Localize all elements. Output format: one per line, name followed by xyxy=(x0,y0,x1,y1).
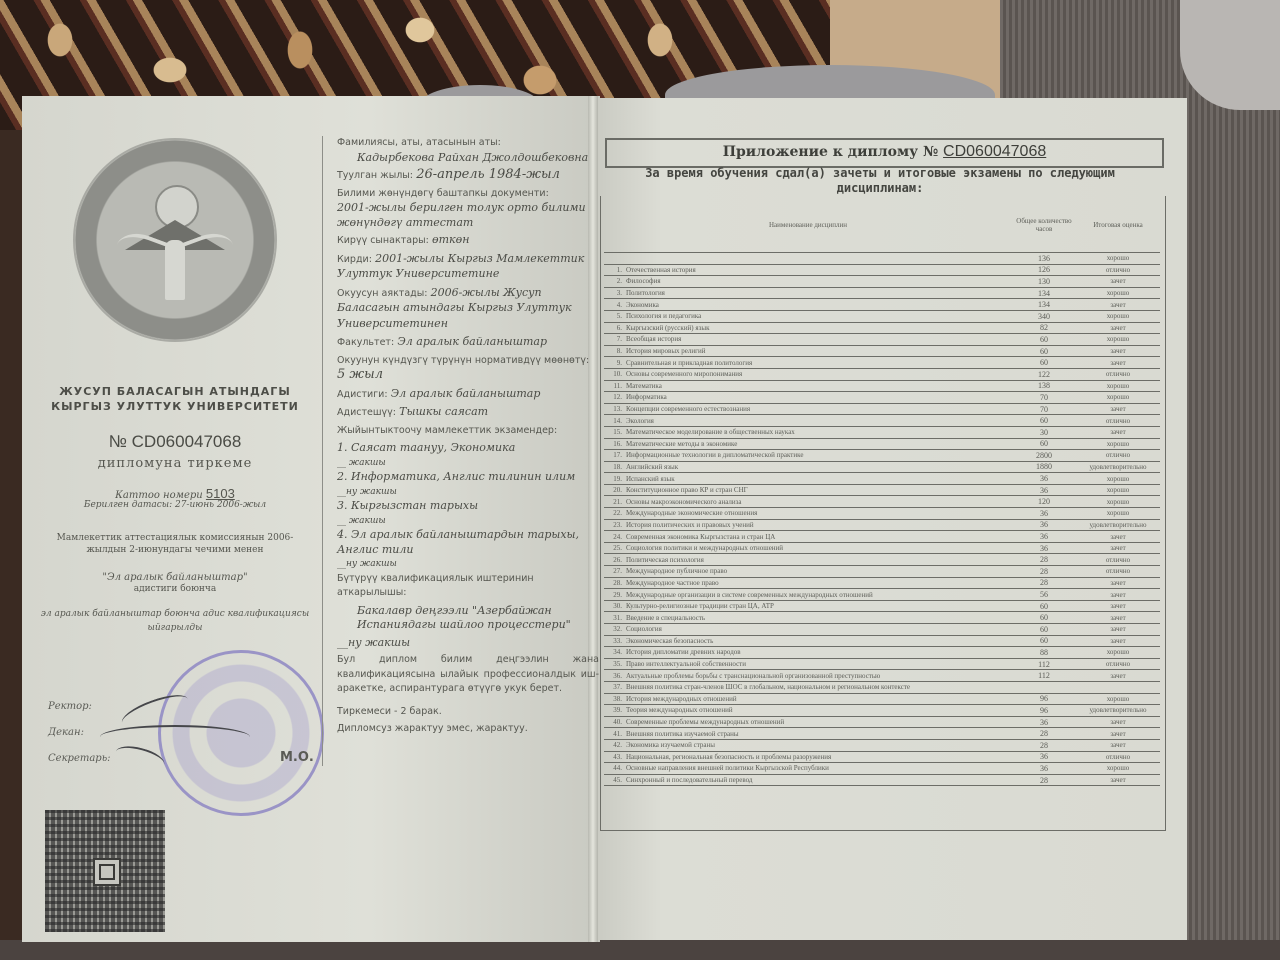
cell-hours: 134 xyxy=(1012,299,1076,311)
appendix-title: Приложение к диплому № CD060047068 xyxy=(605,138,1164,168)
cell-name: Синхронный и последовательный перевод xyxy=(624,774,1012,786)
cell-hours: 60 xyxy=(1012,345,1076,357)
cell-grade: хорошо xyxy=(1076,508,1160,520)
cell-name: История дипломатии древних народов xyxy=(624,647,1012,659)
cell-name: Современные проблемы международных отнош… xyxy=(624,716,1012,728)
lap-background xyxy=(0,940,1280,960)
cell-grade: отлично xyxy=(1076,751,1160,763)
cell-hours: 28 xyxy=(1012,774,1076,786)
cell-hours: 340 xyxy=(1012,310,1076,322)
cell-n: 44. xyxy=(604,763,624,775)
state-exam-grade: __ну жакшы xyxy=(337,557,599,572)
cell-grade: зачет xyxy=(1076,774,1160,786)
cell-grade: хорошо xyxy=(1076,380,1160,392)
table-row: 10.Основы современного миропонимания122о… xyxy=(604,368,1160,380)
cell-grade: зачет xyxy=(1076,577,1160,589)
cell-name: Английский язык xyxy=(624,461,1012,473)
cell-name: Информационные технологии в дипломатичес… xyxy=(624,450,1012,462)
table-row: 9.Сравнительная и прикладная политология… xyxy=(604,357,1160,369)
cell-hours: 96 xyxy=(1012,693,1076,705)
cell-hours: 1880 xyxy=(1012,461,1076,473)
cell-grade: удовлетворительно xyxy=(1076,705,1160,717)
seal-place-label: М.О. xyxy=(280,750,314,765)
university-name: ЖУСУП БАЛАСАГЫН АТЫНДАГЫ КЫРГЫЗ УЛУТТУК … xyxy=(40,384,310,414)
cell-grade xyxy=(1076,681,1160,693)
appendix-subtitle: За время обучения сдал(а) зачеты и итого… xyxy=(610,166,1150,196)
cell-grade: хорошо xyxy=(1076,647,1160,659)
cell-hours: 28 xyxy=(1012,566,1076,578)
cell-n: 40. xyxy=(604,716,624,728)
cell-hours: 130 xyxy=(1012,276,1076,288)
cell-grade: зачет xyxy=(1076,276,1160,288)
table-row: 23.История политических и правовых учени… xyxy=(604,519,1160,531)
cell-n: 15. xyxy=(604,426,624,438)
cell-n: 39. xyxy=(604,705,624,717)
cell-n: 45. xyxy=(604,774,624,786)
table-row: 30.Культурно-религиозные традиции стран … xyxy=(604,600,1160,612)
cell-hours: 122 xyxy=(1012,368,1076,380)
field-graduated: Окуусун аяктады: 2006-жылы Жусуп Баласаг… xyxy=(337,286,599,333)
cell-name: Математические методы в экономике xyxy=(624,438,1012,450)
cell-hours: 82 xyxy=(1012,322,1076,334)
cell-name: Испанский язык xyxy=(624,473,1012,485)
cell-n: 20. xyxy=(604,484,624,496)
registration-number: 5103 xyxy=(206,486,235,501)
cell-grade: хорошо xyxy=(1076,287,1160,299)
cell-grade: зачет xyxy=(1076,403,1160,415)
cell-name: Внешняя политика стран-членов ШОС в глоб… xyxy=(624,681,1012,693)
cell-hours: 60 xyxy=(1012,438,1076,450)
cell-name xyxy=(624,253,1012,265)
table-row: 14.Экология60отлично xyxy=(604,415,1160,427)
table-row: 20.Конституционное право КР и стран СНГ3… xyxy=(604,484,1160,496)
table-row: 43.Национальная, региональная безопаснос… xyxy=(604,751,1160,763)
kyrgyz-emblem-icon xyxy=(75,140,275,340)
table-row: 19.Испанский язык36хорошо xyxy=(604,473,1160,485)
cell-n: 42. xyxy=(604,739,624,751)
cell-hours: 28 xyxy=(1012,554,1076,566)
cell-name: История политических и правовых учений xyxy=(624,519,1012,531)
cell-grade: хорошо xyxy=(1076,496,1160,508)
cell-n: 17. xyxy=(604,450,624,462)
cell-name: Экономика xyxy=(624,299,1012,311)
cell-name: Международное публичное право xyxy=(624,566,1012,578)
cell-grade: удовлетворительно xyxy=(1076,461,1160,473)
cell-hours: 70 xyxy=(1012,392,1076,404)
cell-name: Национальная, региональная безопасность … xyxy=(624,751,1012,763)
thesis-title: Бакалавр деңгээли "Азербайжан Испаниядаг… xyxy=(337,604,599,633)
field-specialization: Адистешүү: Тышкы саясат xyxy=(337,405,599,421)
cell-name: Математика xyxy=(624,380,1012,392)
table-row: 42.Экономика изучаемой страны28зачет xyxy=(604,739,1160,751)
table-row: 16.Математические методы в экономике60хо… xyxy=(604,438,1160,450)
field-prior-education: Билими жөнүндөгү баштапкы документи: 200… xyxy=(337,187,599,231)
table-row: 33.Экономическая безопасность60зачет xyxy=(604,635,1160,647)
cell-grade: отлично xyxy=(1076,450,1160,462)
thesis-label: Бүтүрүү квалификациялык иштеринин аткары… xyxy=(337,572,599,601)
cell-grade: хорошо xyxy=(1076,334,1160,346)
cell-grade: отлично xyxy=(1076,658,1160,670)
cell-hours: 2800 xyxy=(1012,450,1076,462)
cell-name: Политическая психология xyxy=(624,554,1012,566)
field-faculty: Факультет: Эл аралык байланыштар xyxy=(337,335,599,351)
col-hours: Общее количество часов xyxy=(1012,198,1076,253)
student-details: Фамилиясы, аты, атасынын аты: Кадырбеков… xyxy=(322,136,599,766)
field-specialty: Адистиги: Эл аралык байланыштар xyxy=(337,387,599,403)
cell-hours: 138 xyxy=(1012,380,1076,392)
cell-grade: отлично xyxy=(1076,415,1160,427)
cell-hours: 28 xyxy=(1012,577,1076,589)
table-row: 27.Международное публичное право28отличн… xyxy=(604,566,1160,578)
cell-grade: зачет xyxy=(1076,322,1160,334)
field-full-name: Фамилиясы, аты, атасынын аты: Кадырбеков… xyxy=(337,136,599,165)
cell-grade: зачет xyxy=(1076,542,1160,554)
state-exam-name: 1. Саясат таануу, Экономика xyxy=(337,441,599,456)
cell-name: Концепции современного естествознания xyxy=(624,403,1012,415)
cell-name: Экономическая безопасность xyxy=(624,635,1012,647)
cell-grade: зачет xyxy=(1076,728,1160,740)
cell-n: 12. xyxy=(604,392,624,404)
cell-grade: зачет xyxy=(1076,739,1160,751)
cell-grade: зачет xyxy=(1076,635,1160,647)
commission-text: Мамлекеттик аттестациялык комиссиянын 20… xyxy=(40,532,310,556)
table-row: 5.Психология и педагогика340хорошо xyxy=(604,310,1160,322)
cell-n: 35. xyxy=(604,658,624,670)
cell-n: 29. xyxy=(604,589,624,601)
state-exams-label: Жыйынтыктоочу мамлекеттик экзамендер: xyxy=(337,424,599,439)
cell-hours: 112 xyxy=(1012,670,1076,682)
table-row: 3.Политология134хорошо xyxy=(604,287,1160,299)
table-row: 32.Социология60зачет xyxy=(604,624,1160,636)
cell-n: 32. xyxy=(604,624,624,636)
cell-hours: 36 xyxy=(1012,508,1076,520)
cell-n: 19. xyxy=(604,473,624,485)
col-grade: Итоговая оценка xyxy=(1076,198,1160,253)
cell-hours: 30 xyxy=(1012,426,1076,438)
cell-n: 22. xyxy=(604,508,624,520)
field-birth-year: Туулган жылы: 26-апрель 1984-жыл xyxy=(337,168,599,184)
cell-grade: зачет xyxy=(1076,716,1160,728)
cell-hours: 36 xyxy=(1012,763,1076,775)
cell-name: Всеобщая история xyxy=(624,334,1012,346)
validity-text: Дипломсуз жарактуу эмес, жарактуу. xyxy=(337,722,599,737)
cell-n: 31. xyxy=(604,612,624,624)
cell-name: Основы макроэкономического анализа xyxy=(624,496,1012,508)
table-row: 31.Введение в специальность60зачет xyxy=(604,612,1160,624)
table-row: 13.Концепции современного естествознания… xyxy=(604,403,1160,415)
cell-n: 27. xyxy=(604,566,624,578)
cell-hours: 36 xyxy=(1012,531,1076,543)
cell-name: Сравнительная и прикладная политология xyxy=(624,357,1012,369)
specialty-quote: "Эл аралык байланыштар" xyxy=(40,572,310,583)
table-row: 11.Математика138хорошо xyxy=(604,380,1160,392)
cell-hours: 36 xyxy=(1012,542,1076,554)
cell-grade: зачет xyxy=(1076,589,1160,601)
table-row: 17.Информационные технологии в дипломати… xyxy=(604,450,1160,462)
cell-n: 43. xyxy=(604,751,624,763)
cell-n: 21. xyxy=(604,496,624,508)
cell-grade: хорошо xyxy=(1076,438,1160,450)
cell-name: Отечественная история xyxy=(624,264,1012,276)
appendix-diploma-number: CD060047068 xyxy=(943,143,1046,160)
table-row: 26.Политическая психология28отлично xyxy=(604,554,1160,566)
cell-name: Современная экономика Кыргызстана и стра… xyxy=(624,531,1012,543)
cell-hours: 36 xyxy=(1012,484,1076,496)
table-row: 21.Основы макроэкономического анализа120… xyxy=(604,496,1160,508)
state-exam-name: 2. Информатика, Англис тилинин илим xyxy=(337,470,599,485)
cell-n: 23. xyxy=(604,519,624,531)
cell-n: 16. xyxy=(604,438,624,450)
cell-name: Социология политики и международных отно… xyxy=(624,542,1012,554)
diploma-label: дипломуна тиркеме xyxy=(40,456,310,471)
state-exam-name: 4. Эл аралык байланыштардын тарыхы, Англ… xyxy=(337,528,599,557)
table-row: 6.Кыргызский (русский) язык82зачет xyxy=(604,322,1160,334)
field-study-duration: Окуунун күндүзгү түрүнүн нормативдүү мөө… xyxy=(337,354,599,384)
cell-grade: зачет xyxy=(1076,531,1160,543)
qualification-text: эл аралык байланыштар боюнча адис квалиф… xyxy=(40,607,310,635)
cell-grade: хорошо xyxy=(1076,253,1160,265)
cell-n: 2. xyxy=(604,276,624,288)
cell-hours: 28 xyxy=(1012,728,1076,740)
cell-n: 10. xyxy=(604,368,624,380)
cell-name: Международные экономические отношения xyxy=(624,508,1012,520)
cell-name: Международное частное право xyxy=(624,577,1012,589)
cell-n: 26. xyxy=(604,554,624,566)
table-row: 1.Отечественная история126отлично xyxy=(604,264,1160,276)
cell-name: Математическое моделирование в обществен… xyxy=(624,426,1012,438)
cell-name: Экономика изучаемой страны xyxy=(624,739,1012,751)
cell-n: 30. xyxy=(604,600,624,612)
cell-hours: 126 xyxy=(1012,264,1076,276)
table-row: 7.Всеобщая история60хорошо xyxy=(604,334,1160,346)
cell-n: 13. xyxy=(604,403,624,415)
secretary-label: Секретарь: xyxy=(48,753,111,764)
table-row: 38.История международных отношений96хоро… xyxy=(604,693,1160,705)
cell-n: 8. xyxy=(604,345,624,357)
state-exam-name: 3. Кыргызстан тарыхы xyxy=(337,499,599,514)
specialty-label: адистиги боюнча xyxy=(40,584,310,594)
cell-grade: зачет xyxy=(1076,670,1160,682)
cell-n: 4. xyxy=(604,299,624,311)
cell-grade: зачет xyxy=(1076,600,1160,612)
cell-n: 5. xyxy=(604,310,624,322)
cell-grade: отлично xyxy=(1076,554,1160,566)
cell-n: 38. xyxy=(604,693,624,705)
rights-text: Бул диплом билим деңгээлин жана квалифик… xyxy=(337,653,599,697)
cell-name: Психология и педагогика xyxy=(624,310,1012,322)
table-row: 39.Теория международных отношений96удовл… xyxy=(604,705,1160,717)
cell-name: Информатика xyxy=(624,392,1012,404)
cell-hours: 60 xyxy=(1012,612,1076,624)
cell-grade: отлично xyxy=(1076,264,1160,276)
cell-grade: хорошо xyxy=(1076,763,1160,775)
cell-hours: 70 xyxy=(1012,403,1076,415)
cell-hours: 60 xyxy=(1012,334,1076,346)
table-row: 8.История мировых религий60зачет xyxy=(604,345,1160,357)
table-row: 22.Международные экономические отношения… xyxy=(604,508,1160,520)
cell-name: Основные направления внешней политики Кы… xyxy=(624,763,1012,775)
cell-grade: зачет xyxy=(1076,624,1160,636)
table-row: 18.Английский язык1880удовлетворительно xyxy=(604,461,1160,473)
state-exams-list: 1. Саясат таануу, Экономика__ жакшы2. Ин… xyxy=(337,441,599,572)
cell-hours: 56 xyxy=(1012,589,1076,601)
cell-name: Международные организации в системе совр… xyxy=(624,589,1012,601)
cell-hours: 96 xyxy=(1012,705,1076,717)
cell-n: 7. xyxy=(604,334,624,346)
cell-hours: 136 xyxy=(1012,253,1076,265)
table-row: 37.Внешняя политика стран-членов ШОС в г… xyxy=(604,681,1160,693)
cell-grade: хорошо xyxy=(1076,484,1160,496)
state-exam-grade: __ну жакшы xyxy=(337,485,599,500)
cell-n: 1. xyxy=(604,264,624,276)
field-enrolled: Кирди: 2001-жылы Кыргыз Мамлекеттик Улут… xyxy=(337,252,599,283)
cell-hours: 28 xyxy=(1012,739,1076,751)
cell-hours: 60 xyxy=(1012,415,1076,427)
cell-hours: 88 xyxy=(1012,647,1076,659)
registration-line: Каттоо номери 5103 xyxy=(40,486,310,501)
cell-name: Кыргызский (русский) язык xyxy=(624,322,1012,334)
table-row: 34.История дипломатии древних народов88х… xyxy=(604,647,1160,659)
cell-hours: 134 xyxy=(1012,287,1076,299)
cell-n: 9. xyxy=(604,357,624,369)
table-row: 15.Математическое моделирование в общест… xyxy=(604,426,1160,438)
table-row: 40.Современные проблемы международных от… xyxy=(604,716,1160,728)
pages-text: Тиркемеси - 2 барак. xyxy=(337,705,599,720)
cell-n: 41. xyxy=(604,728,624,740)
cell-grade: отлично xyxy=(1076,368,1160,380)
cell-name: Актуальные проблемы борьбы с транснацион… xyxy=(624,670,1012,682)
cell-hours: 60 xyxy=(1012,357,1076,369)
cell-n: 25. xyxy=(604,542,624,554)
state-exam-grade: __ жакшы xyxy=(337,456,599,471)
cell-name: Экология xyxy=(624,415,1012,427)
table-row: 2.Философия130зачет xyxy=(604,276,1160,288)
cell-hours: 60 xyxy=(1012,600,1076,612)
col-discipline-name: Наименование дисциплин xyxy=(604,198,1012,253)
cell-name: Философия xyxy=(624,276,1012,288)
state-exam-grade: __ жакшы xyxy=(337,514,599,529)
cell-grade: зачет xyxy=(1076,357,1160,369)
cell-grade: зачет xyxy=(1076,299,1160,311)
cell-hours: 36 xyxy=(1012,473,1076,485)
cell-n: 18. xyxy=(604,461,624,473)
cell-name: Культурно-религиозные традиции стран ЦА,… xyxy=(624,600,1012,612)
thesis-grade: __ну жакшы xyxy=(337,636,599,651)
cell-hours: 36 xyxy=(1012,751,1076,763)
table-row: 4.Экономика134зачет xyxy=(604,299,1160,311)
table-row: 29.Международные организации в системе с… xyxy=(604,589,1160,601)
table-row: 45.Синхронный и последовательный перевод… xyxy=(604,774,1160,786)
table-row: 24.Современная экономика Кыргызстана и с… xyxy=(604,531,1160,543)
cell-grade: зачет xyxy=(1076,426,1160,438)
cell-grade: хорошо xyxy=(1076,693,1160,705)
cell-grade: хорошо xyxy=(1076,473,1160,485)
cell-name: Политология xyxy=(624,287,1012,299)
cell-name: Право интеллектуальной собственности xyxy=(624,658,1012,670)
qr-code-icon xyxy=(45,810,165,932)
cell-n: 3. xyxy=(604,287,624,299)
cell-hours: 60 xyxy=(1012,635,1076,647)
rector-label: Ректор: xyxy=(48,701,92,712)
cell-grade: хорошо xyxy=(1076,392,1160,404)
cell-n: 14. xyxy=(604,415,624,427)
cell-name: История международных отношений xyxy=(624,693,1012,705)
cell-name: Введение в специальность xyxy=(624,612,1012,624)
cell-grade: зачет xyxy=(1076,345,1160,357)
dean-label: Декан: xyxy=(48,727,84,738)
table-row: 35.Право интеллектуальной собственности1… xyxy=(604,658,1160,670)
cell-name: Социология xyxy=(624,624,1012,636)
cell-name: История мировых религий xyxy=(624,345,1012,357)
cell-n: 24. xyxy=(604,531,624,543)
cell-name: Внешняя политика изучаемой страны xyxy=(624,728,1012,740)
table-row: 12.Информатика70хорошо xyxy=(604,392,1160,404)
cell-grade: удовлетворительно xyxy=(1076,519,1160,531)
cell-n: 6. xyxy=(604,322,624,334)
table-row: 25.Социология политики и международных о… xyxy=(604,542,1160,554)
cell-name: Теория международных отношений xyxy=(624,705,1012,717)
cell-grade: отлично xyxy=(1076,566,1160,578)
cell-hours xyxy=(1012,681,1076,693)
diploma-number: № CD060047068 xyxy=(40,432,310,452)
table-header: Наименование дисциплин Общее количество … xyxy=(604,198,1160,253)
cell-n: 37. xyxy=(604,681,624,693)
table-row: 36.Актуальные проблемы борьбы с транснац… xyxy=(604,670,1160,682)
cell-n: 34. xyxy=(604,647,624,659)
table-row: 44.Основные направления внешней политики… xyxy=(604,763,1160,775)
cell-name: Основы современного миропонимания xyxy=(624,368,1012,380)
cell-n: 33. xyxy=(604,635,624,647)
table-row: 136хорошо xyxy=(604,253,1160,265)
field-entrance-exams: Кирүү сынактары: өткөн xyxy=(337,233,599,249)
cell-n: 36. xyxy=(604,670,624,682)
issue-date: Берилген датасы: 27-июнь 2006-жыл xyxy=(40,500,310,510)
cell-hours: 36 xyxy=(1012,716,1076,728)
disciplines-table: Наименование дисциплин Общее количество … xyxy=(604,198,1160,786)
cell-hours: 112 xyxy=(1012,658,1076,670)
dean-signature xyxy=(100,725,250,749)
cell-n xyxy=(604,253,624,265)
cell-n: 11. xyxy=(604,380,624,392)
table-row: 41.Внешняя политика изучаемой страны28за… xyxy=(604,728,1160,740)
cell-grade: зачет xyxy=(1076,612,1160,624)
cell-hours: 120 xyxy=(1012,496,1076,508)
cell-n: 28. xyxy=(604,577,624,589)
cell-grade: хорошо xyxy=(1076,310,1160,322)
table-row: 28.Международное частное право28зачет xyxy=(604,577,1160,589)
cell-hours: 60 xyxy=(1012,624,1076,636)
cell-hours: 36 xyxy=(1012,519,1076,531)
cell-name: Конституционное право КР и стран СНГ xyxy=(624,484,1012,496)
